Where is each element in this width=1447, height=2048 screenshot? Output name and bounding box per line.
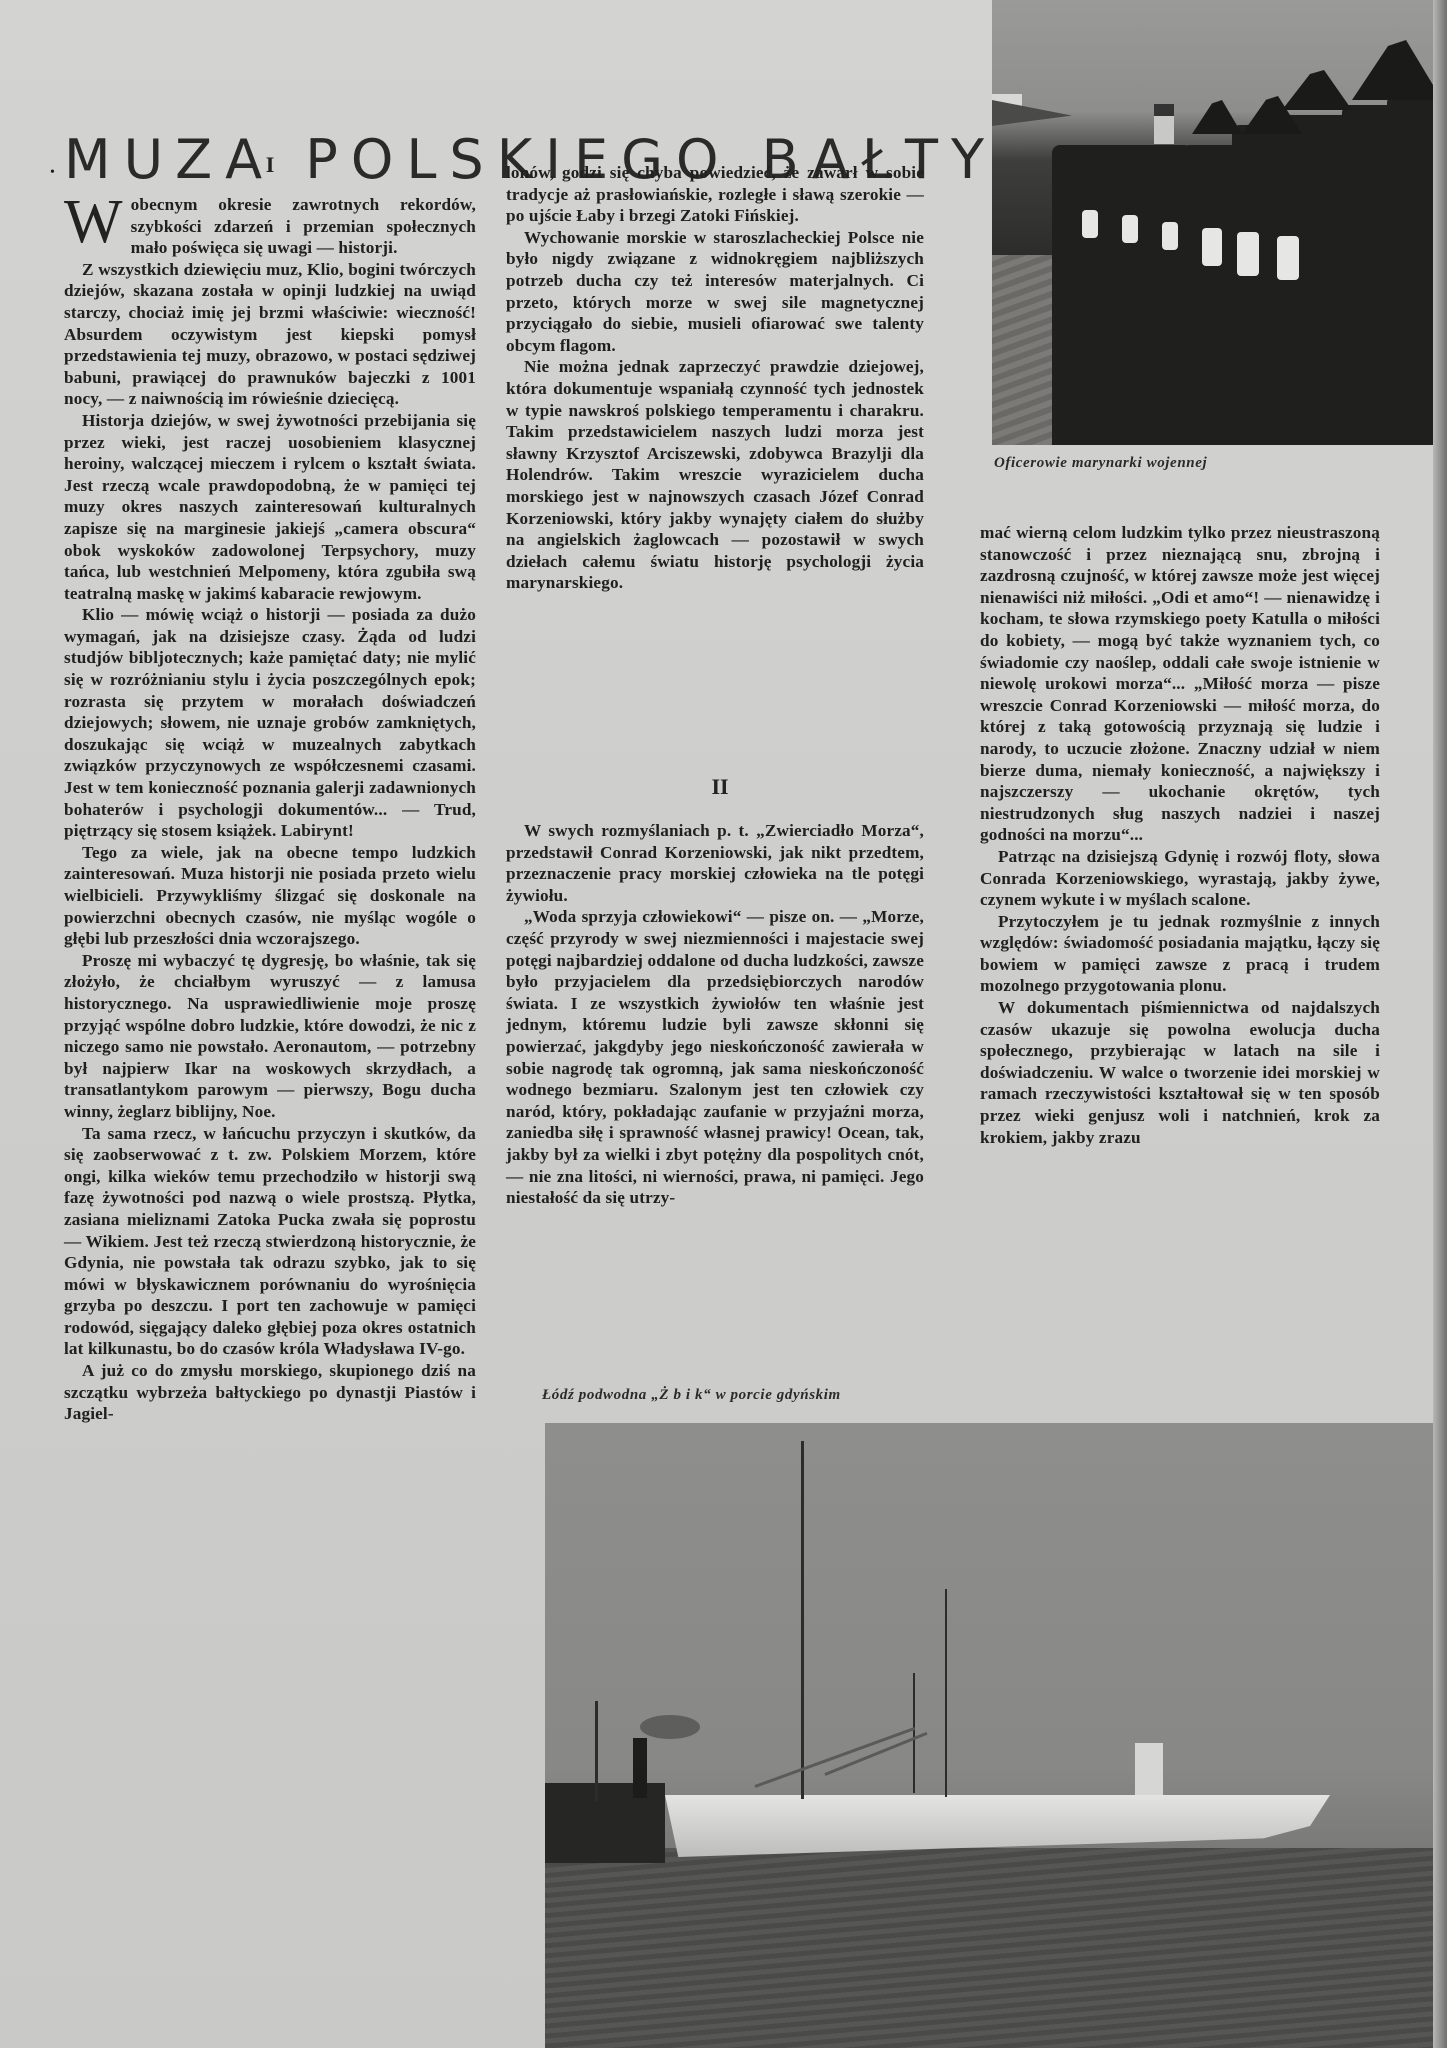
paragraph: Patrząc na dzisiejszą Gdynię i rozwój fl…	[980, 846, 1380, 911]
paragraph: Tego za wiele, jak na obecne tempo ludzk…	[64, 842, 476, 950]
paragraph: lonów, godzi się chyba powiedzieć, że za…	[506, 162, 924, 227]
paragraph: Historja dziejów, w swej żywotności prze…	[64, 410, 476, 604]
paragraph: Wobecnym okresie zawrotnych rekordów, sz…	[64, 194, 476, 259]
paragraph: W dokumentach piśmiennictwa od najdalszy…	[980, 997, 1380, 1148]
paragraph: W swych rozmyślaniach p. t. „Zwierciadło…	[506, 820, 924, 906]
column-1: Wobecnym okresie zawrotnych rekordów, sz…	[64, 194, 476, 1425]
caption-submarine: Łódź podwodna „Ż b i k“ w porcie gdyński…	[542, 1387, 841, 1404]
caption-officers: Oficerowie marynarki wojennej	[994, 455, 1207, 472]
paragraph: Klio — mówię wciąż o historji — posiada …	[64, 604, 476, 842]
paragraph: Przytoczyłem je tu jednak rozmyślnie z i…	[980, 911, 1380, 997]
tugboat	[545, 1783, 665, 1863]
ship-funnel	[1154, 104, 1174, 144]
paragraph: Wychowanie morskie w staroszlacheckiej P…	[506, 227, 924, 357]
flag-icon	[992, 100, 1072, 126]
column-3: mać wierną celom ludzkim tylko przez nie…	[980, 522, 1380, 1148]
drop-cap: W	[64, 198, 123, 246]
page-gutter	[1433, 0, 1447, 2048]
sea-water	[545, 1848, 1447, 2048]
submarine-mast	[801, 1441, 804, 1799]
stray-dot: •	[50, 165, 55, 181]
paragraph: A już co do zmysłu morskiego, skupionego…	[64, 1360, 476, 1425]
paragraph: Nie można jednak zaprzeczyć prawdzie dzi…	[506, 356, 924, 594]
paragraph: Z wszystkich dziewięciu muz, Klio, bogin…	[64, 259, 476, 410]
photo-naval-officers	[992, 0, 1447, 445]
paragraph: Ta sama rzecz, w łańcuchu przyczyn i sku…	[64, 1123, 476, 1361]
conning-tower	[1135, 1743, 1163, 1795]
photo-submarine-zbik	[545, 1423, 1447, 2048]
section-number-1: I	[250, 152, 290, 178]
paragraph: Proszę mi wybaczyć tę dygresję, bo właśn…	[64, 950, 476, 1123]
column-2-section-2: W swych rozmyślaniach p. t. „Zwierciadło…	[506, 820, 924, 1209]
magazine-page: MUZA POLSKIEGO BAŁTYKU • I Wobecnym okre…	[0, 0, 1447, 2048]
paragraph: „Woda sprzyja człowiekowi“ — pisze on. —…	[506, 906, 924, 1208]
column-2: lonów, godzi się chyba powiedzieć, że za…	[506, 162, 924, 594]
paragraph: mać wierną celom ludzkim tylko przez nie…	[980, 522, 1380, 846]
section-number-2: II	[700, 774, 740, 800]
